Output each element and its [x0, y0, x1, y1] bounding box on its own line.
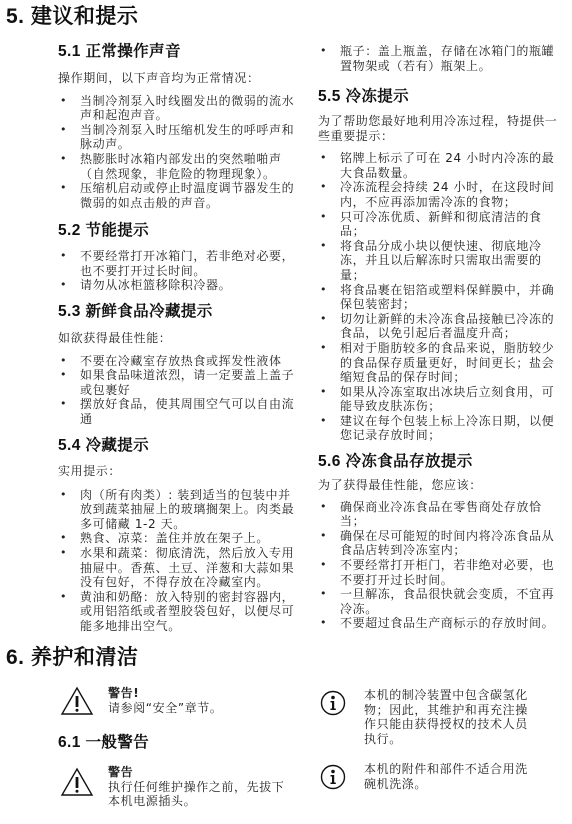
- list-item: 切勿让新鲜的未冷冻食品接触已冷冻的食品，以免引起后者温度升高；: [318, 312, 562, 341]
- section-5-6-title: 5.6 冷冻食品存放提示: [318, 452, 562, 472]
- list-item: 建议在每个包装上标上冷冻日期，以便您记录存放时间；: [318, 414, 562, 443]
- list-item: 不要超过食品生产商标示的存放时间。: [318, 616, 562, 631]
- list-item: 请勿从冰柜篮移除积冷器。: [58, 278, 302, 293]
- list-item: 一旦解冻，食品很快就会变质，不宜再冷冻。: [318, 587, 562, 616]
- list-item: 不要经常打开冰箱门，若非绝对必要，也不要打开过长时间。: [58, 249, 302, 278]
- list-item: 热膨胀时冰箱内部发出的突然啪啪声（自然现象，非危险的物理现象）。: [58, 152, 302, 181]
- list-item: 如果食品味道浓烈，请一定要盖上盖子或包裹好: [58, 368, 302, 397]
- info-icon: [320, 764, 346, 790]
- section-5-5-intro: 为了帮助您最好地利用冷冻过程，特提供一些重要提示：: [318, 114, 562, 143]
- list-item: 铭牌上标示了可在 24 小时内冷冻的最大食品数量。: [318, 151, 562, 180]
- info-notice-hydrocarbon: 本机的制冷装置中包含碳氢化物；因此，其维护和再充注操作只能由获得授权的技术人员执…: [320, 688, 560, 746]
- list-item: 熟食、凉菜：盖住并放在架子上。: [58, 531, 302, 546]
- section-5-4: 5.4 冷藏提示 实用提示： 肉（所有肉类）: 装到适当的包装中并放到蔬菜抽屉上…: [58, 436, 302, 634]
- section-5-6-list: 确保商业冷冻食品在零售商处存放恰当； 确保在尽可能短的时间内将冷冻食品从食品店转…: [318, 500, 562, 631]
- list-item: 不要在冷藏室存放热食或挥发性液体: [58, 354, 302, 369]
- list-item: 当制冷剂泵入时线圈发出的微弱的流水声和起泡声音。: [58, 94, 302, 123]
- section-5-6-intro: 为了获得最佳性能，您应该：: [318, 478, 562, 493]
- warning-title: 警告: [108, 765, 288, 780]
- warning-notice-unplug: 警告 执行任何维护操作之前，先拔下本机电源插头。: [60, 765, 300, 809]
- list-item: 当制冷剂泵入时压缩机发生的呼呼声和脉动声。: [58, 123, 302, 152]
- section-5-5-list: 铭牌上标示了可在 24 小时内冷冻的最大食品数量。 冷冻流程会持续 24 小时，…: [318, 151, 562, 443]
- section-5-4-list: 肉（所有肉类）: 装到适当的包装中并放到蔬菜抽屉上的玻璃搁架上。肉类最多可储藏 …: [58, 488, 302, 634]
- list-item: 摆放好食品，使其周围空气可以自由流通: [58, 397, 302, 426]
- list-item: 肉（所有肉类）: 装到适当的包装中并放到蔬菜抽屉上的玻璃搁架上。肉类最多可储藏 …: [58, 488, 302, 532]
- info-text: 本机的附件和部件不适合用洗碗机洗涤。: [364, 762, 534, 791]
- list-item: 将食品裹在铝箔或塑料保鲜膜中，并确保包装密封；: [318, 283, 562, 312]
- info-icon: [320, 690, 346, 716]
- list-item: 瓶子：盖上瓶盖，存储在冰箱门的瓶罐置物架或（若有）瓶架上。: [318, 44, 562, 73]
- section-5-3: 5.3 新鲜食品冷藏提示 如欲获得最佳性能： 不要在冷藏室存放热食或挥发性液体 …: [58, 302, 302, 427]
- section-5-4-intro: 实用提示：: [58, 464, 302, 479]
- section-5-3-list: 不要在冷藏室存放热食或挥发性液体 如果食品味道浓烈，请一定要盖上盖子或包裹好 摆…: [58, 354, 302, 427]
- section-5-3-intro: 如欲获得最佳性能：: [58, 331, 302, 346]
- section-5-3-title: 5.3 新鲜食品冷藏提示: [58, 302, 302, 322]
- list-item: 水果和蔬菜：彻底清洗，然后放入专用抽屉中。香蕉、土豆、洋葱和大蒜如果没有包好，不…: [58, 546, 302, 590]
- section-5-1-title: 5.1 正常操作声音: [58, 42, 302, 62]
- warning-notice-safety: 警告! 请参阅“安全”章节。: [60, 686, 300, 716]
- list-item: 确保商业冷冻食品在零售商处存放恰当；: [318, 500, 562, 529]
- list-item: 确保在尽可能短的时间内将冷冻食品从食品店转到冷冻室内；: [318, 529, 562, 558]
- section-5-1: 5.1 正常操作声音 操作期间，以下声音均为正常情况： 当制冷剂泵入时线圈发出的…: [58, 42, 302, 210]
- section-5-2: 5.2 节能提示 不要经常打开冰箱门，若非绝对必要，也不要打开过长时间。 请勿从…: [58, 221, 302, 293]
- section-5-5: 5.5 冷冻提示 为了帮助您最好地利用冷冻过程，特提供一些重要提示： 铭牌上标示…: [318, 87, 562, 443]
- section-6-1-title: 6.1 一般警告: [58, 733, 149, 753]
- section-5-1-intro: 操作期间，以下声音均为正常情况：: [58, 71, 302, 86]
- warning-triangle-icon: [60, 767, 94, 797]
- list-item: 黄油和奶酪：放入特别的密封容器内，或用铝箔纸或者塑胶袋包好，以便尽可能多地排出空…: [58, 590, 302, 634]
- section-5-1-list: 当制冷剂泵入时线圈发出的微弱的流水声和起泡声音。 当制冷剂泵入时压缩机发生的呼呼…: [58, 94, 302, 211]
- section-5-2-list: 不要经常打开冰箱门，若非绝对必要，也不要打开过长时间。 请勿从冰柜篮移除积冷器。: [58, 249, 302, 293]
- section-5-title: 5. 建议和提示: [6, 4, 138, 30]
- warning-title: 警告!: [108, 686, 222, 701]
- list-item: 不要经常打开柜门，若非绝对必要，也不要打开过长时间。: [318, 558, 562, 587]
- section-5-2-title: 5.2 节能提示: [58, 221, 302, 241]
- list-item: 只可冷冻优质、新鲜和彻底清洁的食品；: [318, 210, 562, 239]
- warning-text: 执行任何维护操作之前，先拔下本机电源插头。: [108, 780, 288, 809]
- warning-triangle-icon: [60, 686, 94, 716]
- info-notice-dishwasher: 本机的附件和部件不适合用洗碗机洗涤。: [320, 762, 560, 791]
- info-text: 本机的制冷装置中包含碳氢化物；因此，其维护和再充注操作只能由获得授权的技术人员执…: [364, 688, 534, 746]
- list-item: 将食品分成小块以便快速、彻底地冷冻，并且以后解冻时只需取出需要的量；: [318, 239, 562, 283]
- section-5-4-list-continued: 瓶子：盖上瓶盖，存储在冰箱门的瓶罐置物架或（若有）瓶架上。: [318, 44, 562, 73]
- list-item: 如果从冷冻室取出冰块后立刻食用，可能导致皮肤冻伤；: [318, 385, 562, 414]
- section-6-title: 6. 养护和清洁: [6, 645, 138, 671]
- section-5-4-title: 5.4 冷藏提示: [58, 436, 302, 456]
- list-item: 冷冻流程会持续 24 小时，在这段时间内，不应再添加需冷冻的食物；: [318, 180, 562, 209]
- list-item: 相对于脂肪较多的食品来说，脂肪较少的食品保存质量更好，时间更长；盐会缩短食品的保…: [318, 341, 562, 385]
- section-5-5-title: 5.5 冷冻提示: [318, 87, 562, 107]
- section-5-4-continued: 瓶子：盖上瓶盖，存储在冰箱门的瓶罐置物架或（若有）瓶架上。: [318, 44, 562, 73]
- section-5-6: 5.6 冷冻食品存放提示 为了获得最佳性能，您应该： 确保商业冷冻食品在零售商处…: [318, 452, 562, 631]
- list-item: 压缩机启动或停止时温度调节器发生的微弱的如点击般的声音。: [58, 181, 302, 210]
- warning-text: 请参阅“安全”章节。: [108, 701, 222, 716]
